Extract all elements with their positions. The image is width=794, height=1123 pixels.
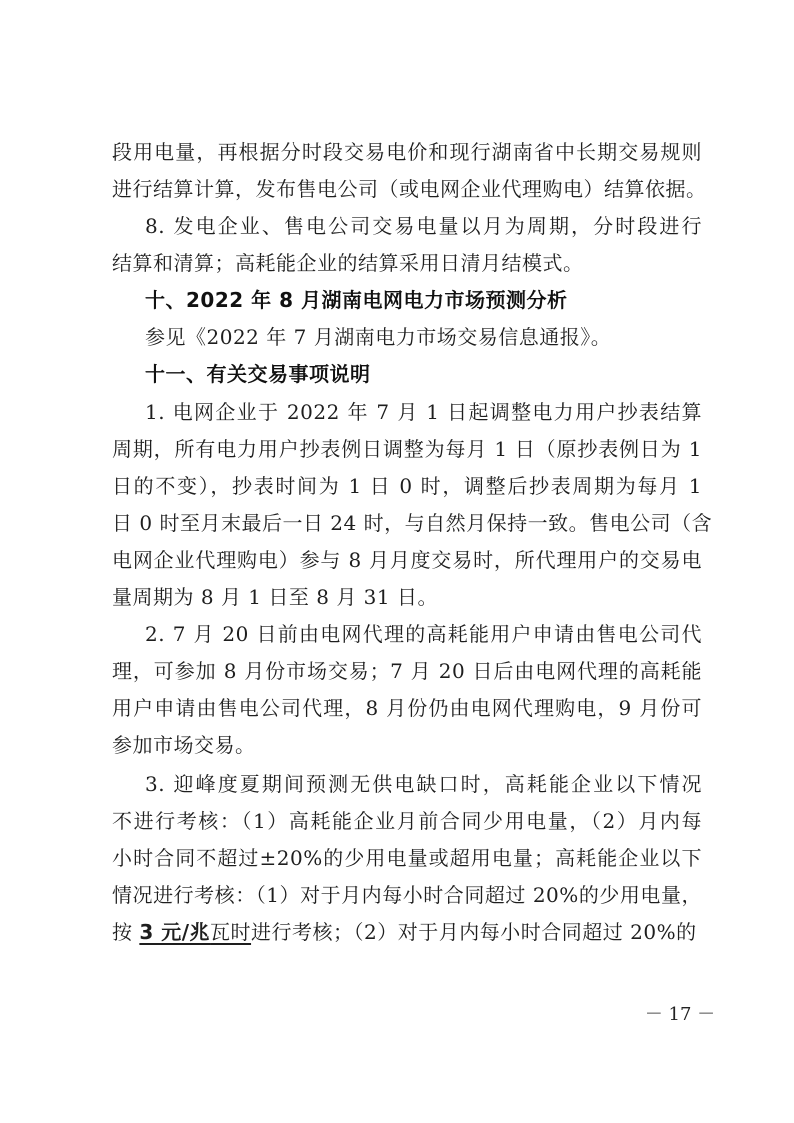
section-10-body: 参见《2022 年 7 月湖南电力市场交易信息通报》。 xyxy=(145,323,702,351)
item-3-line-last: 按 3 元/兆瓦时进行考核；（2）对于月内每小时合同超过 20%的 xyxy=(112,918,702,946)
item-3-line: 小时合同不超过±20%的少用电量或超用电量；高耗能企业以下 xyxy=(112,844,702,872)
item-1-line: 电网企业代理购电）参与 8 月月度交易时，所代理用户的交易电 xyxy=(112,546,702,574)
bold-rate: 3 元/兆 xyxy=(139,920,210,944)
item-2-line: 2. 7 月 20 日前由电网代理的高耗能用户申请由售电公司代 xyxy=(145,620,702,648)
underlined-rate: 3 元/兆瓦时 xyxy=(139,920,251,944)
item-1-line: 1. 电网企业于 2022 年 7 月 1 日起调整电力用户抄表结算 xyxy=(145,398,702,426)
item-3-line: 不进行考核：（1）高耗能企业月前合同少用电量，（2）月内每 xyxy=(112,807,702,835)
paragraph-line: 段用电量，再根据分时段交易电价和现行湖南省中长期交易规则 xyxy=(112,138,702,166)
item-2-line: 用户申请由售电公司代理，8 月份仍由电网代理购电，9 月份可 xyxy=(112,694,702,722)
item-3-line: 情况进行考核：（1）对于月内每小时合同超过 20%的少用电量， xyxy=(112,881,702,909)
item-1-line: 日的不变），抄表时间为 1 日 0 时，调整后抄表周期为每月 1 xyxy=(112,472,702,500)
section-heading-11: 十一、有关交易事项说明 xyxy=(145,360,702,388)
rate-unit: 瓦时 xyxy=(210,920,251,944)
section-heading-10: 十、2022 年 8 月湖南电网电力市场预测分析 xyxy=(145,286,702,314)
item-1-line: 日 0 时至月末最后一日 24 时，与自然月保持一致。售电公司（含 xyxy=(112,509,702,537)
paragraph-line: 结算和清算；高耗能企业的结算采用日清月结模式。 xyxy=(112,249,702,277)
item-2-line: 理，可参加 8 月份市场交易；7 月 20 日后由电网代理的高耗能 xyxy=(112,657,702,685)
item-1-line: 周期，所有电力用户抄表例日调整为每月 1 日（原抄表例日为 1 xyxy=(112,435,702,463)
paragraph-line: 8. 发电企业、售电公司交易电量以月为周期，分时段进行 xyxy=(145,212,702,240)
document-page: 段用电量，再根据分时段交易电价和现行湖南省中长期交易规则 进行结算计算，发布售电… xyxy=(0,0,794,1123)
item-1-line: 量周期为 8 月 1 日至 8 月 31 日。 xyxy=(112,583,702,611)
suffix-text: 进行考核；（2）对于月内每小时合同超过 20%的 xyxy=(251,920,697,944)
item-2-line: 参加市场交易。 xyxy=(112,731,702,759)
paragraph-line: 进行结算计算，发布售电公司（或电网企业代理购电）结算依据。 xyxy=(112,175,702,203)
page-number: － 17 － xyxy=(640,1000,720,1026)
item-3-line: 3. 迎峰度夏期间预测无供电缺口时，高耗能企业以下情况 xyxy=(145,770,702,798)
prefix-text: 按 xyxy=(112,920,139,944)
